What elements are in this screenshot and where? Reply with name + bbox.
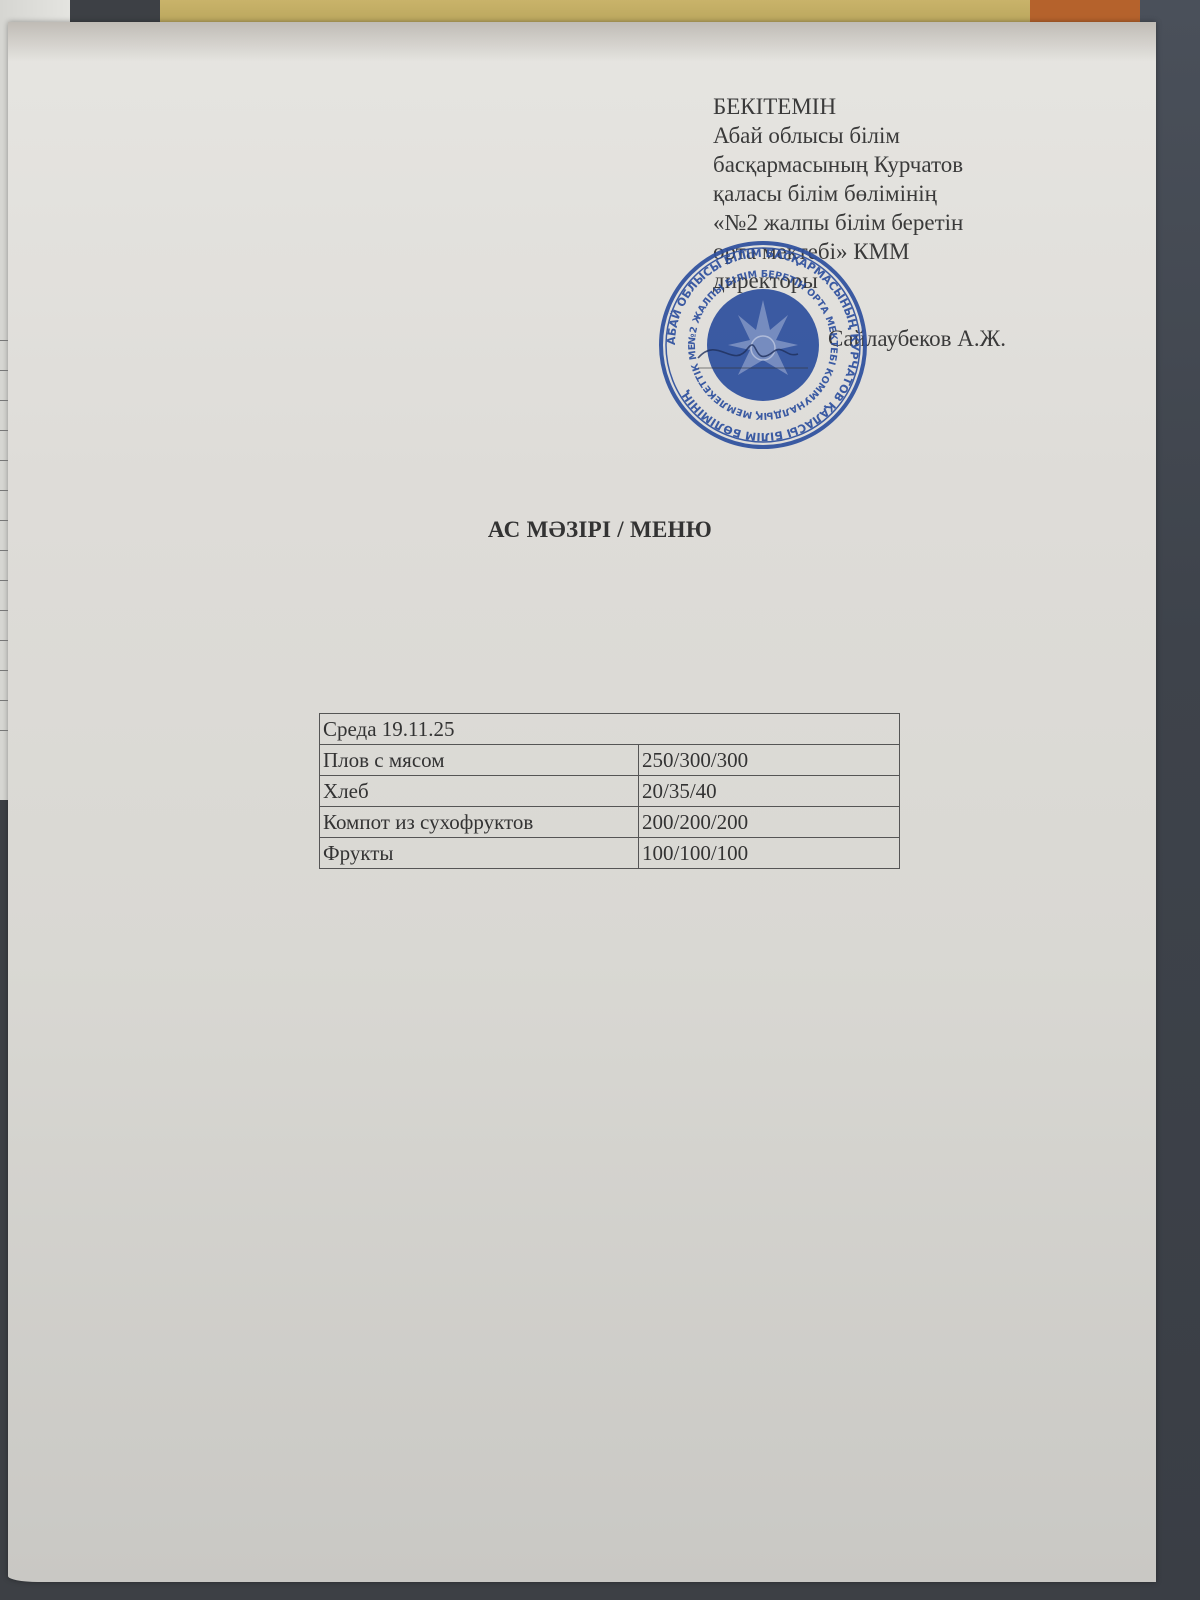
notebook-grid-mark xyxy=(0,520,8,521)
notebook-grid-mark xyxy=(0,610,8,611)
menu-day-header: Среда 19.11.25 xyxy=(320,714,900,745)
approval-line: басқармасының Курчатов xyxy=(713,150,1073,179)
table-header-row: Среда 19.11.25 xyxy=(320,714,900,745)
notebook-grid-mark xyxy=(0,730,8,731)
notebook-grid-mark xyxy=(0,430,8,431)
notebook-grid-mark xyxy=(0,370,8,371)
notebook-grid-mark xyxy=(0,580,8,581)
approval-line: Абай облысы білім xyxy=(713,121,1073,150)
approval-line: «№2 жалпы білім беретін xyxy=(713,208,1073,237)
table-row: Компот из сухофруктов 200/200/200 xyxy=(320,807,900,838)
notebook-grid-mark xyxy=(0,490,8,491)
background-yellow-folder xyxy=(160,0,1045,22)
notebook-grid-mark xyxy=(0,640,8,641)
table-row: Плов с мясом 250/300/300 xyxy=(320,745,900,776)
approval-line: қаласы білім бөлімінің xyxy=(713,179,1073,208)
dish-portions: 20/35/40 xyxy=(639,776,900,807)
table-row: Хлеб 20/35/40 xyxy=(320,776,900,807)
dish-name: Хлеб xyxy=(320,776,639,807)
notebook-grid-mark xyxy=(0,400,8,401)
official-stamp-icon: АБАЙ ОБЛЫСЫ БІЛІМ БАСҚАРМАСЫНЫҢ КУРЧАТОВ… xyxy=(658,240,868,450)
dish-name: Фрукты xyxy=(320,838,639,869)
notebook-grid-mark xyxy=(0,340,8,341)
dish-name: Компот из сухофруктов xyxy=(320,807,639,838)
paper-shadow xyxy=(8,22,1156,62)
notebook-grid-mark xyxy=(0,700,8,701)
dish-portions: 100/100/100 xyxy=(639,838,900,869)
document-title: АС МӘЗІРІ / МЕНЮ xyxy=(0,517,1200,543)
notebook-grid-mark xyxy=(0,670,8,671)
approval-heading: БЕКІТЕМІН xyxy=(713,92,1073,121)
menu-table: Среда 19.11.25 Плов с мясом 250/300/300 … xyxy=(319,713,900,869)
table-row: Фрукты 100/100/100 xyxy=(320,838,900,869)
notebook-grid-mark xyxy=(0,460,8,461)
dish-portions: 200/200/200 xyxy=(639,807,900,838)
dish-portions: 250/300/300 xyxy=(639,745,900,776)
dish-name: Плов с мясом xyxy=(320,745,639,776)
notebook-grid-mark xyxy=(0,550,8,551)
